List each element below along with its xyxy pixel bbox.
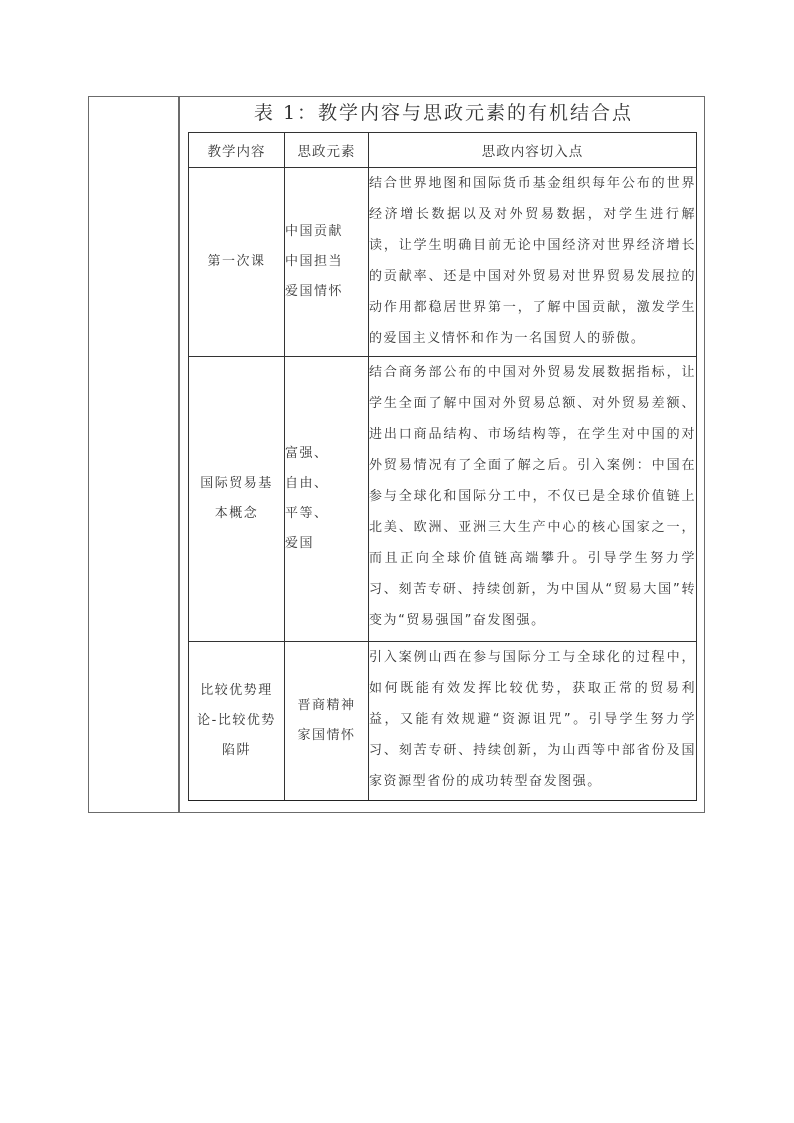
lesson-line: 本概念 (189, 499, 284, 529)
element-line: 家国情怀 (285, 721, 368, 751)
element-line: 自由、 (285, 469, 368, 499)
header-teaching-content: 教学内容 (189, 133, 285, 168)
element-line: 富强、 (285, 439, 368, 469)
lesson-line: 论-比较优势 (189, 706, 284, 736)
elements-cell: 晋商精神 家国情怀 (285, 642, 369, 801)
content-cell: 结合商务部公布的中国对外贸易发展数据指标，让学生全面了解中国对外贸易总额、对外贸… (369, 357, 697, 642)
table-row: 国际贸易基 本概念 富强、 自由、 平等、 爱国 结合商务部公布的中国对外贸易发… (189, 357, 697, 642)
content-cell: 结合世界地图和国际货币基金组织每年公布的世界经济增长数据以及对外贸易数据，对学生… (369, 168, 697, 357)
left-empty-column (89, 97, 180, 812)
content-cell: 引入案例山西在参与国际分工与全球化的过程中，如何既能有效发挥比较优势，获取正常的… (369, 642, 697, 801)
table-row: 第一次课 中国贡献 中国担当 爱国情怀 结合世界地图和国际货币基金组织每年公布的… (189, 168, 697, 357)
lesson-line: 比较优势理 (189, 676, 284, 706)
elements-cell: 富强、 自由、 平等、 爱国 (285, 357, 369, 642)
table-row: 比较优势理 论-比较优势 陷阱 晋商精神 家国情怀 引入案例山西在参与国际分工与… (189, 642, 697, 801)
lesson-line: 国际贸易基 (189, 469, 284, 499)
lesson-cell: 比较优势理 论-比较优势 陷阱 (189, 642, 285, 801)
table-header-row: 教学内容 思政元素 思政内容切入点 (189, 133, 697, 168)
integration-table: 教学内容 思政元素 思政内容切入点 第一次课 中国贡献 中国担当 爱国情怀 结合… (188, 132, 697, 801)
element-line: 中国贡献 (285, 217, 368, 247)
element-line: 爱国 (285, 529, 368, 559)
lesson-cell: 第一次课 (189, 168, 285, 357)
header-entry-points: 思政内容切入点 (369, 133, 697, 168)
element-line: 爱国情怀 (285, 277, 368, 307)
table-title: 表 1：教学内容与思政元素的有机结合点 (181, 100, 706, 126)
lesson-line: 第一次课 (189, 247, 284, 277)
elements-cell: 中国贡献 中国担当 爱国情怀 (285, 168, 369, 357)
lesson-line: 陷阱 (189, 736, 284, 766)
outer-frame: 表 1：教学内容与思政元素的有机结合点 教学内容 思政元素 思政内容切入点 第一… (88, 96, 705, 813)
lesson-cell: 国际贸易基 本概念 (189, 357, 285, 642)
element-line: 晋商精神 (285, 691, 368, 721)
element-line: 中国担当 (285, 247, 368, 277)
header-ideological-elements: 思政元素 (285, 133, 369, 168)
element-line: 平等、 (285, 499, 368, 529)
